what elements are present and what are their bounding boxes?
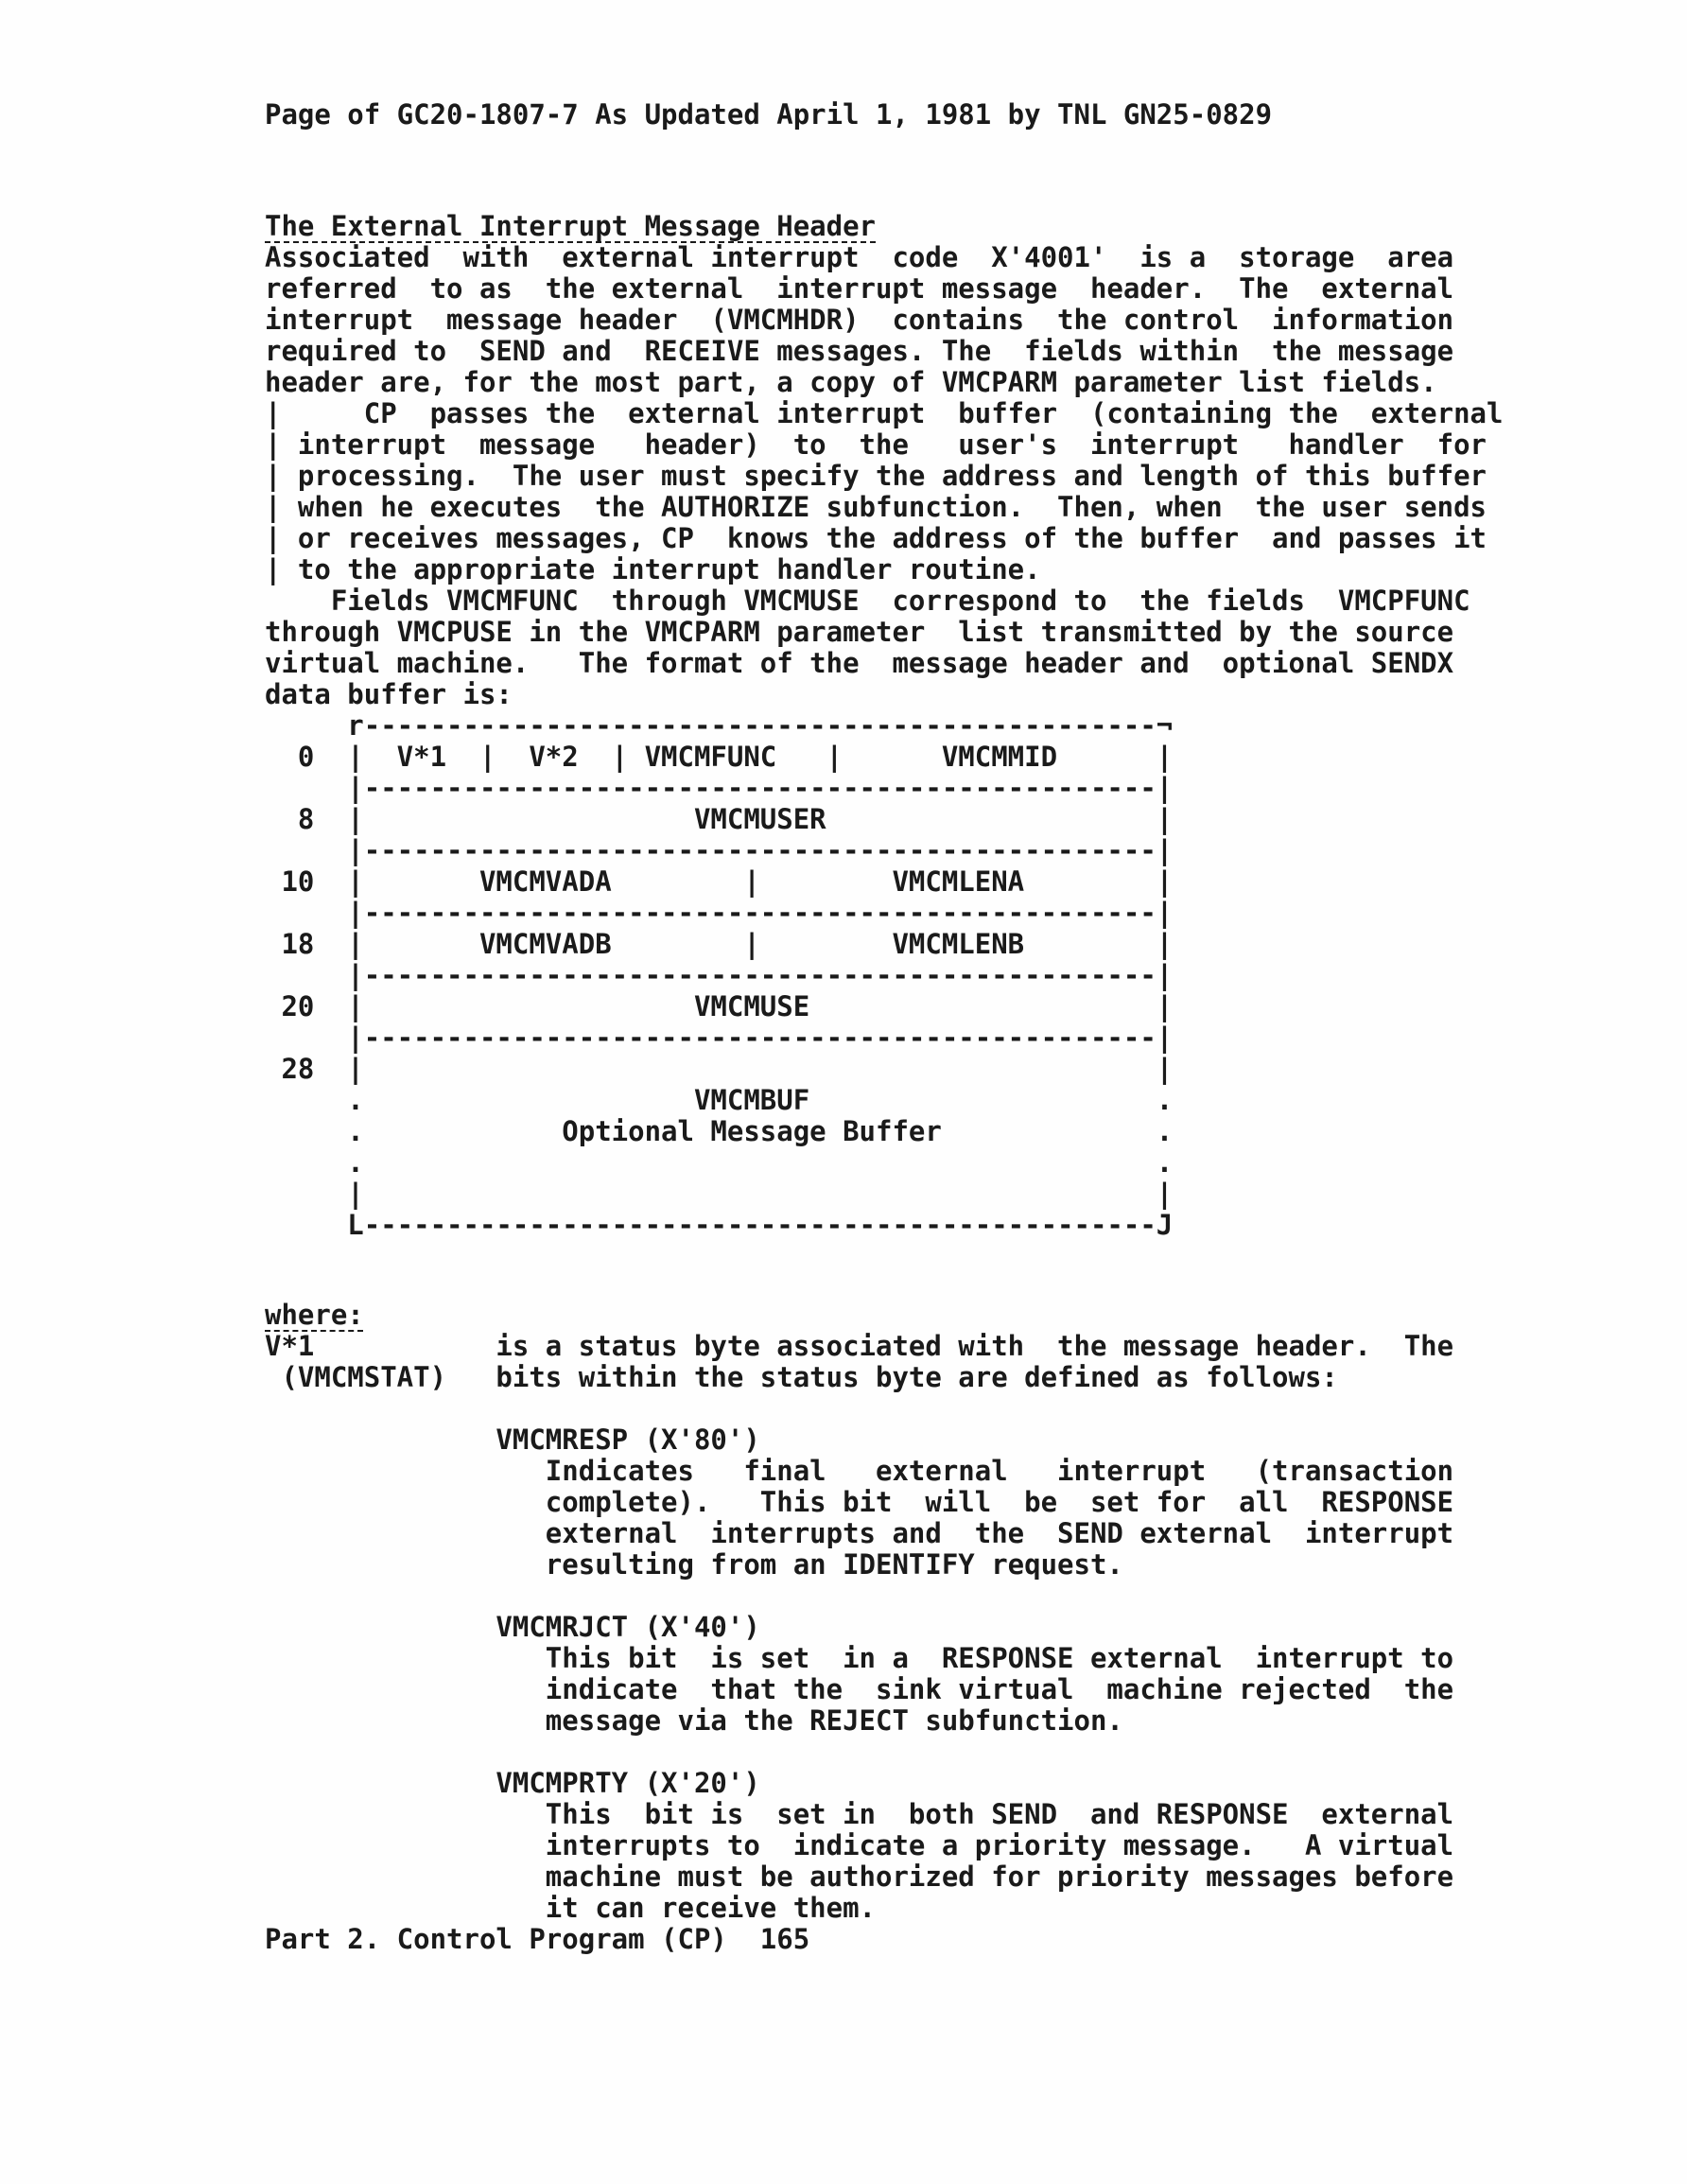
section-title: The External Interrupt Message Header [265, 211, 1649, 242]
paragraph-intro: Associated with external interrupt code … [265, 242, 1649, 398]
where-label: where: [265, 1300, 364, 1331]
message-header-format-diagram: r---------------------------------------… [265, 710, 1649, 1241]
paragraph-cp-passes-with-change-bars: | CP passes the external interrupt buffe… [265, 398, 1649, 585]
page-footer: Part 2. Control Program (CP) 165 [265, 1924, 1649, 1955]
paragraph-fields-correspondence: Fields VMCMFUNC through VMCMUSE correspo… [265, 585, 1649, 710]
field-definitions: V*1 is a status byte associated with the… [265, 1331, 1649, 1924]
running-header: Page of GC20-1807-7 As Updated April 1, … [265, 99, 1649, 131]
where-section: where: [265, 1241, 1649, 1331]
document-page: Page of GC20-1807-7 As Updated April 1, … [0, 0, 1687, 2184]
